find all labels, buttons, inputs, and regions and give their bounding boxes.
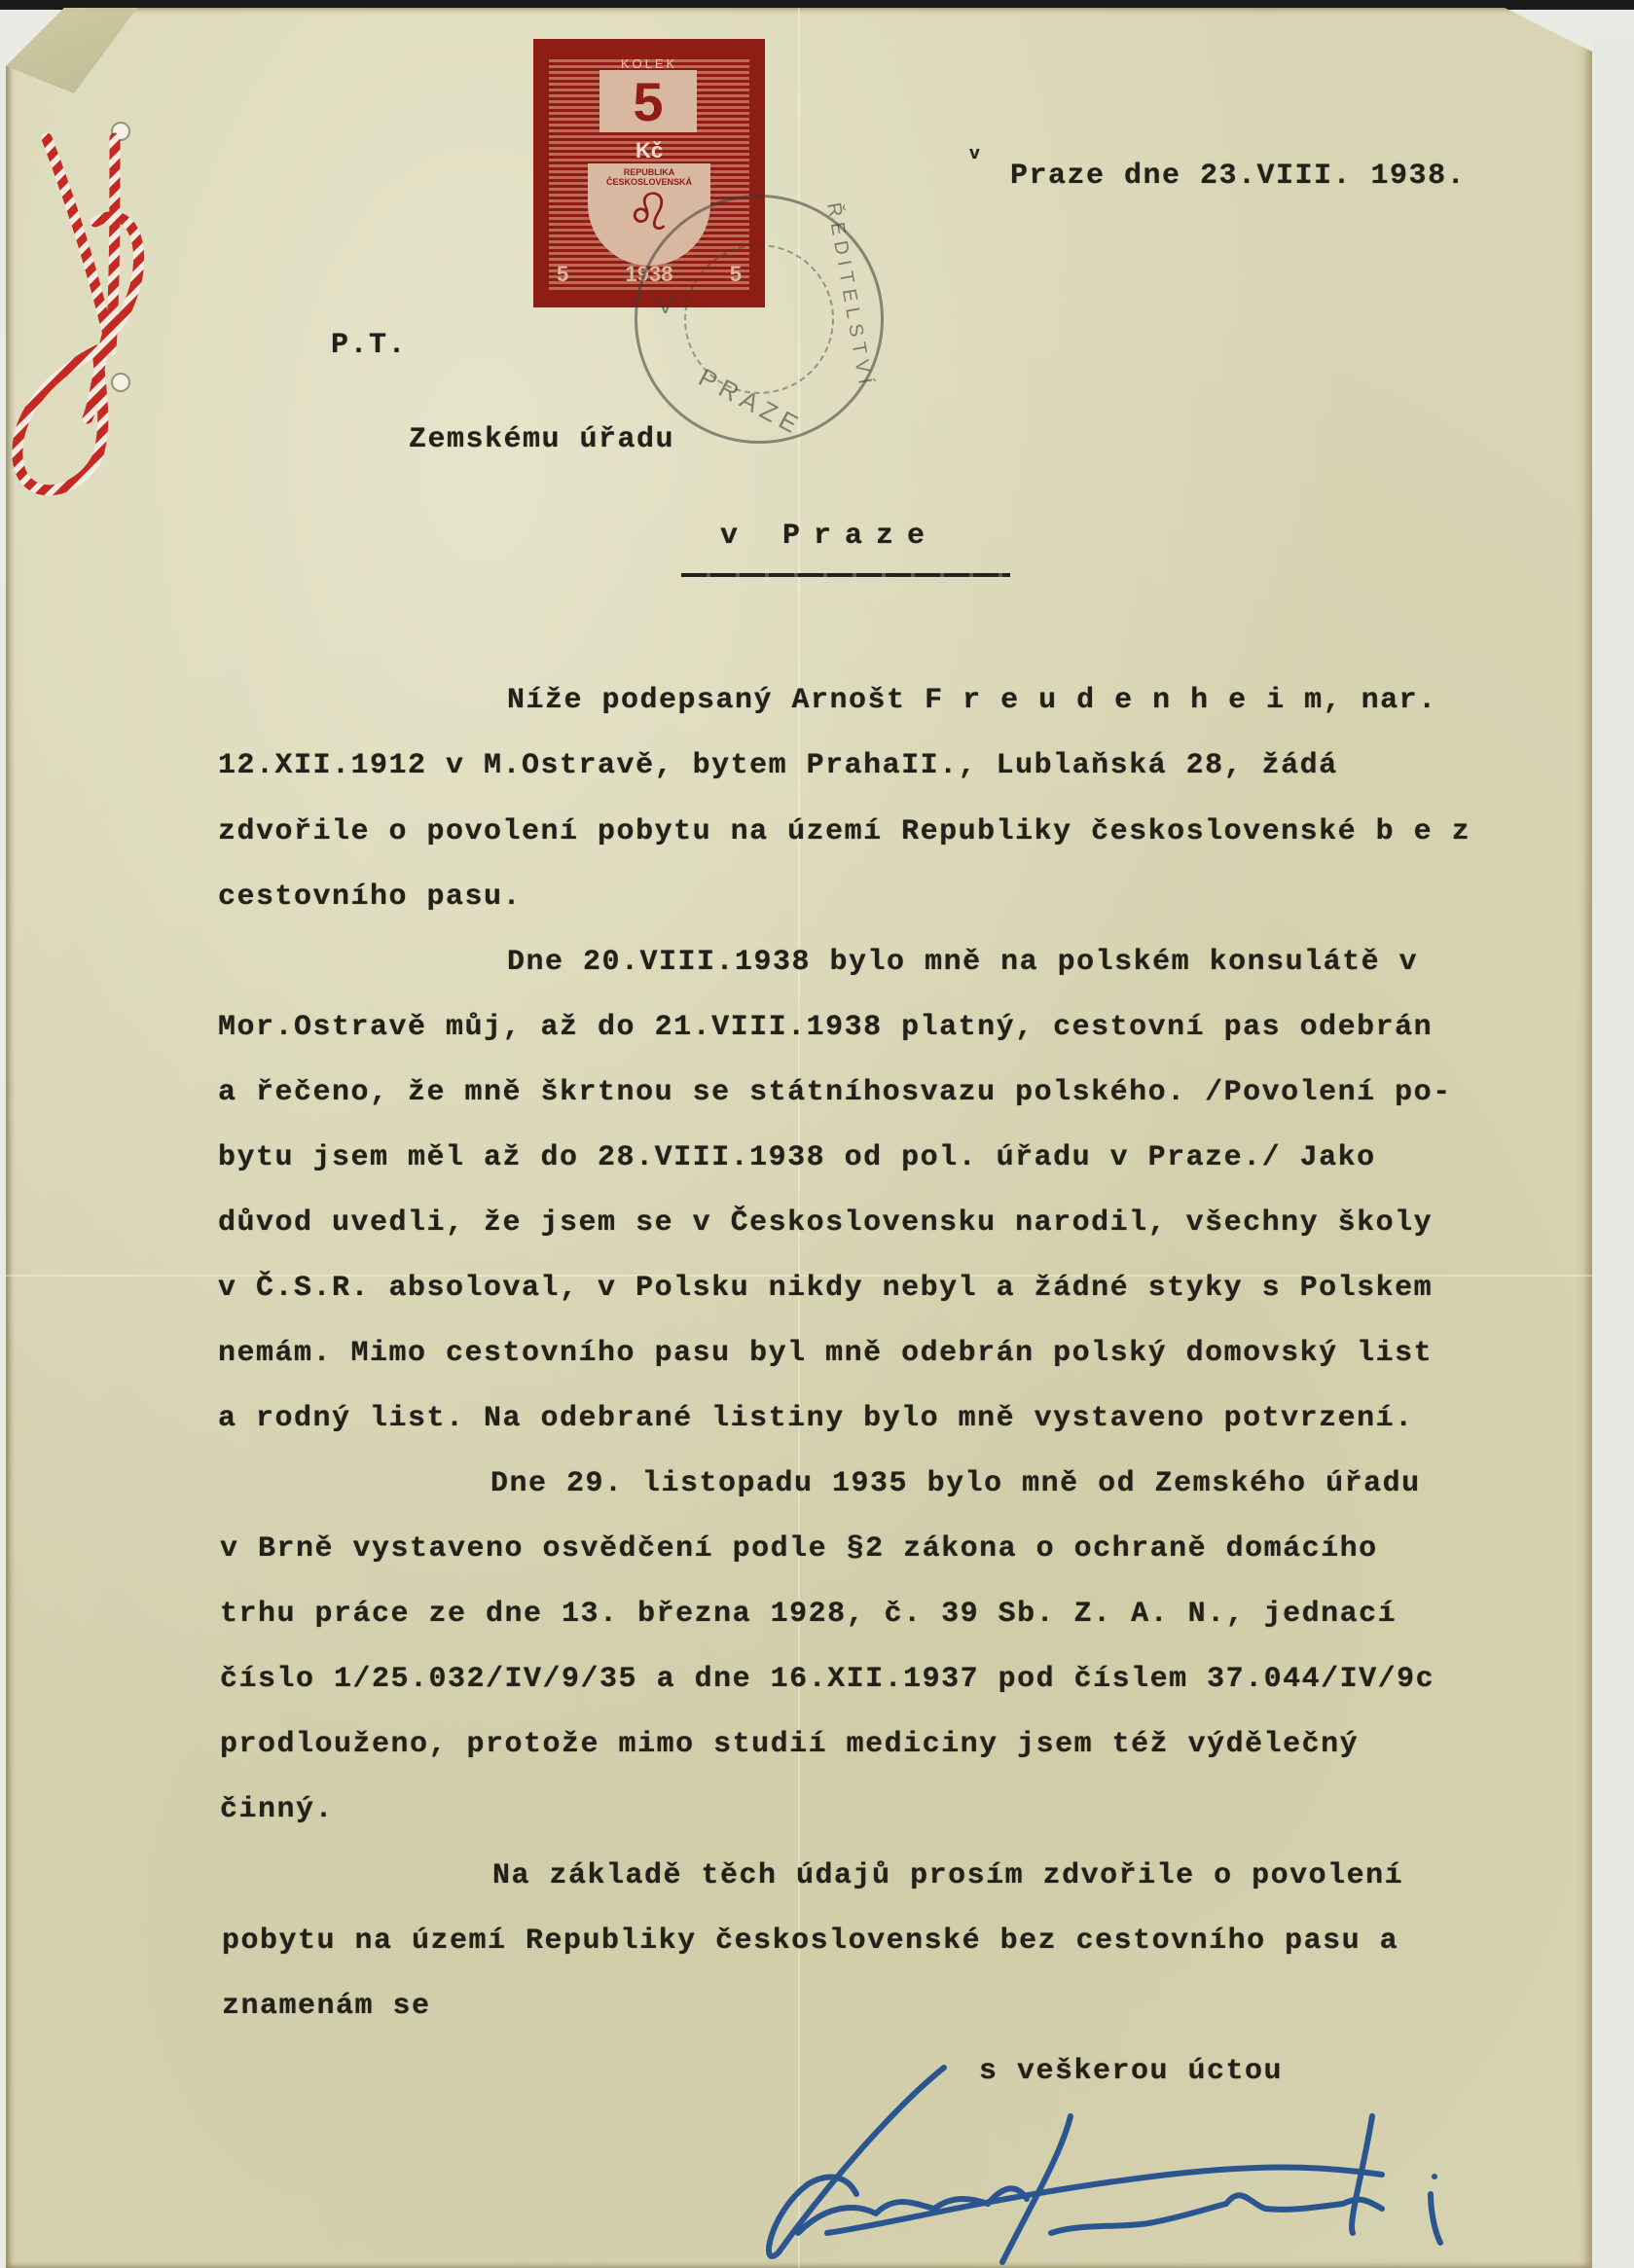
body-line: Dne 20.VIII.1938 bylo mně na polském kon… bbox=[507, 948, 1418, 977]
salutation: P.T. bbox=[331, 331, 407, 360]
date-line: Praze dne 23.VIII. 1938. bbox=[1010, 162, 1466, 191]
scanner-background bbox=[1592, 39, 1634, 2268]
body-line: v Brně vystaveno osvědčení podle §2 záko… bbox=[220, 1534, 1378, 1564]
body-line: a rodný list. Na odebrané listiny bylo m… bbox=[218, 1404, 1414, 1433]
binding-string-icon bbox=[0, 0, 195, 623]
body-line: Dne 29. listopadu 1935 bylo mně od Zemsk… bbox=[490, 1469, 1421, 1498]
body-line: prodlouženo, protože mimo studií medicin… bbox=[220, 1730, 1359, 1759]
stamp-country: REPUBLIKA ČESKOSLOVENSKÁ bbox=[592, 167, 707, 187]
body-line: Na základě těch údajů prosím zdvořile o … bbox=[492, 1861, 1403, 1890]
stamp-corner-left: 5 bbox=[557, 262, 568, 287]
body-line: Mor.Ostravě můj, až do 21.VIII.1938 plat… bbox=[218, 1013, 1433, 1042]
body-line: číslo 1/25.032/IV/9/35 a dne 16.XII.1937… bbox=[220, 1665, 1434, 1694]
body-line: Níže podepsaný Arnošt F r e u d e n h e … bbox=[507, 686, 1437, 715]
date-caron-mark: v bbox=[969, 146, 981, 163]
rubber-stamp-seal: V PRAZE ŘEDITELSTVÍ bbox=[635, 195, 884, 444]
body-line: nemám. Mimo cestovního pasu byl mně odeb… bbox=[218, 1339, 1433, 1368]
body-line: trhu práce ze dne 13. března 1928, č. 39… bbox=[220, 1600, 1397, 1629]
seal-text-left: V bbox=[657, 290, 679, 320]
body-line: a řečeno, že mně škrtnou se státníhosvaz… bbox=[218, 1078, 1452, 1107]
recipient: Zemskému úřadu bbox=[409, 425, 674, 454]
stamp-currency: Kč bbox=[549, 138, 749, 163]
body-line: znamenám se bbox=[222, 1992, 431, 2021]
body-line: 12.XII.1912 v M.Ostravě, bytem PrahaII.,… bbox=[218, 751, 1338, 780]
stamp-header: KOLEK bbox=[549, 56, 749, 70]
body-line: důvod uvedli, že jsem se v Československ… bbox=[218, 1208, 1433, 1238]
body-line: zdvořile o povolení pobytu na území Repu… bbox=[218, 817, 1471, 846]
body-line: činný. bbox=[220, 1795, 334, 1824]
handwritten-signature-icon: Arnošt Freudenheim bbox=[749, 2038, 1586, 2268]
body-line: pobytu na území Republiky československé… bbox=[222, 1926, 1398, 1956]
body-line: bytu jsem měl až do 28.VIII.1938 od pol.… bbox=[218, 1143, 1376, 1172]
lion-icon: ♌ bbox=[632, 186, 667, 244]
body-line: v Č.S.R. absoloval, v Polsku nikdy nebyl… bbox=[218, 1274, 1433, 1303]
recipient-city: v Praze bbox=[720, 522, 938, 551]
city-underline bbox=[681, 573, 1010, 577]
body-line: cestovního pasu. bbox=[218, 882, 522, 912]
stamp-value: 5 bbox=[599, 70, 697, 132]
